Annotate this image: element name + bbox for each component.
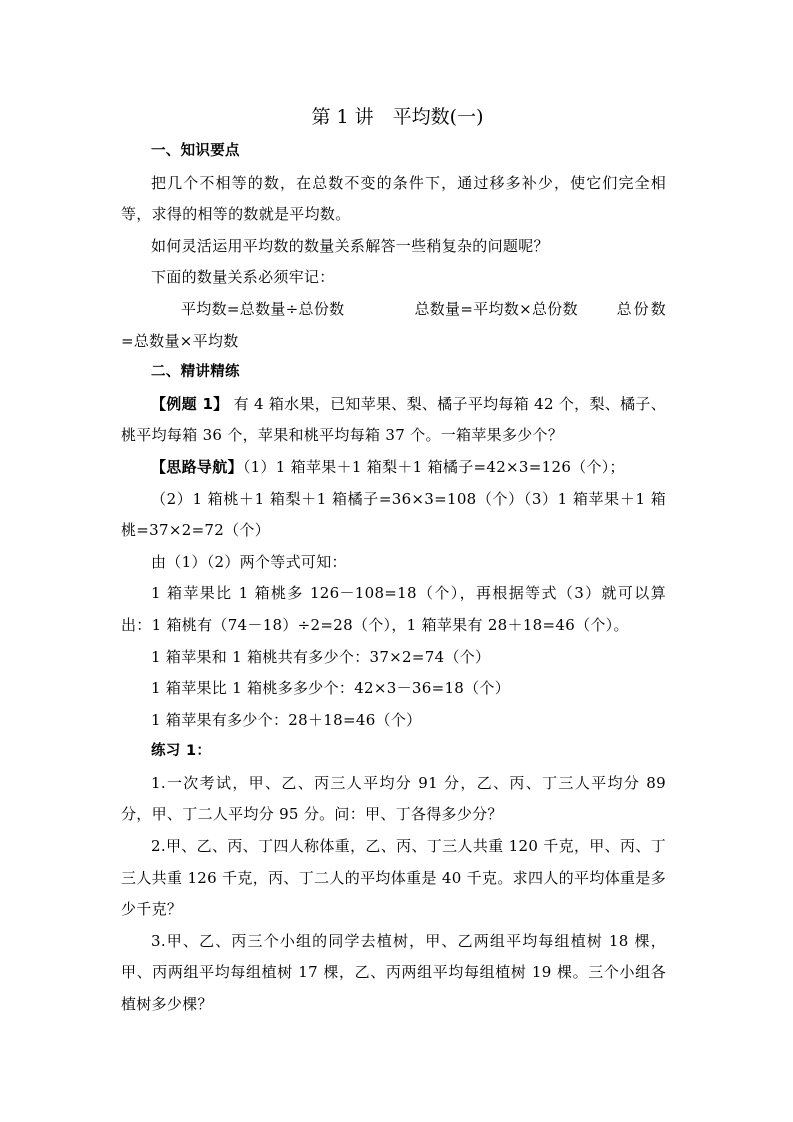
guide-line-4: 1 箱苹果比 1 箱桃多 126－108=18（个），再根据等式（3）就可以算出… <box>121 578 666 641</box>
formula-line: 平均数=总数量÷总份数总数量=平均数×总份数总份数=总数量×平均数 <box>121 294 666 357</box>
practice-heading: 练习 1： <box>121 736 666 768</box>
formula-average: 平均数=总数量÷总份数 <box>151 294 344 326</box>
guide-line-3: 由（1）（2）两个等式可知： <box>121 547 666 579</box>
guide-label: 【思路导航】 <box>151 458 243 476</box>
guide-line-6: 1 箱苹果比 1 箱桃多多少个：42×3－36=18（个） <box>121 673 666 705</box>
formula-total: 总数量=平均数×总份数 <box>384 294 577 326</box>
practice-item-3: 3.甲、乙、丙三个小组的同学去植树，甲、乙两组平均每组植树 18 棵，甲、丙两组… <box>121 926 666 1021</box>
paragraph-remember: 下面的数量关系必须牢记： <box>121 262 666 294</box>
guide-line-5: 1 箱苹果和 1 箱桃共有多少个：37×2=74（个） <box>121 642 666 674</box>
guide-line-1: 【思路导航】（1）1 箱苹果＋1 箱梨＋1 箱橘子=42×3=126（个）； <box>121 452 666 484</box>
practice-item-2: 2.甲、乙、丙、丁四人称体重，乙、丙、丁三人共重 120 千克，甲、丙、丁三人共… <box>121 831 666 926</box>
practice-item-1: 1.一次考试，甲、乙、丙三人平均分 91 分，乙、丙、丁三人平均分 89 分，甲… <box>121 768 666 831</box>
paragraph-definition: 把几个不相等的数，在总数不变的条件下，通过移多补少，使它们完全相等，求得的相等的… <box>121 168 666 231</box>
page-title: 第 1 讲 平均数(一) <box>121 100 666 134</box>
paragraph-question: 如何灵活运用平均数的数量关系解答一些稍复杂的问题呢？ <box>121 231 666 263</box>
example-label: 【例题 1】 <box>151 395 229 413</box>
section-heading-knowledge: 一、知识要点 <box>121 136 666 168</box>
document-page: 第 1 讲 平均数(一) 一、知识要点 把几个不相等的数，在总数不变的条件下，通… <box>121 100 666 1021</box>
guide-line-2: （2）1 箱桃＋1 箱梨＋1 箱橘子=36×3=108（个）（3）1 箱苹果＋1… <box>121 484 666 547</box>
guide-line-7: 1 箱苹果有多少个：28＋18=46（个） <box>121 705 666 737</box>
example-1: 【例题 1】 有 4 箱水果，已知苹果、梨、橘子平均每箱 42 个，梨、橘子、桃… <box>121 389 666 452</box>
section-heading-practice: 二、精讲精练 <box>121 357 666 389</box>
